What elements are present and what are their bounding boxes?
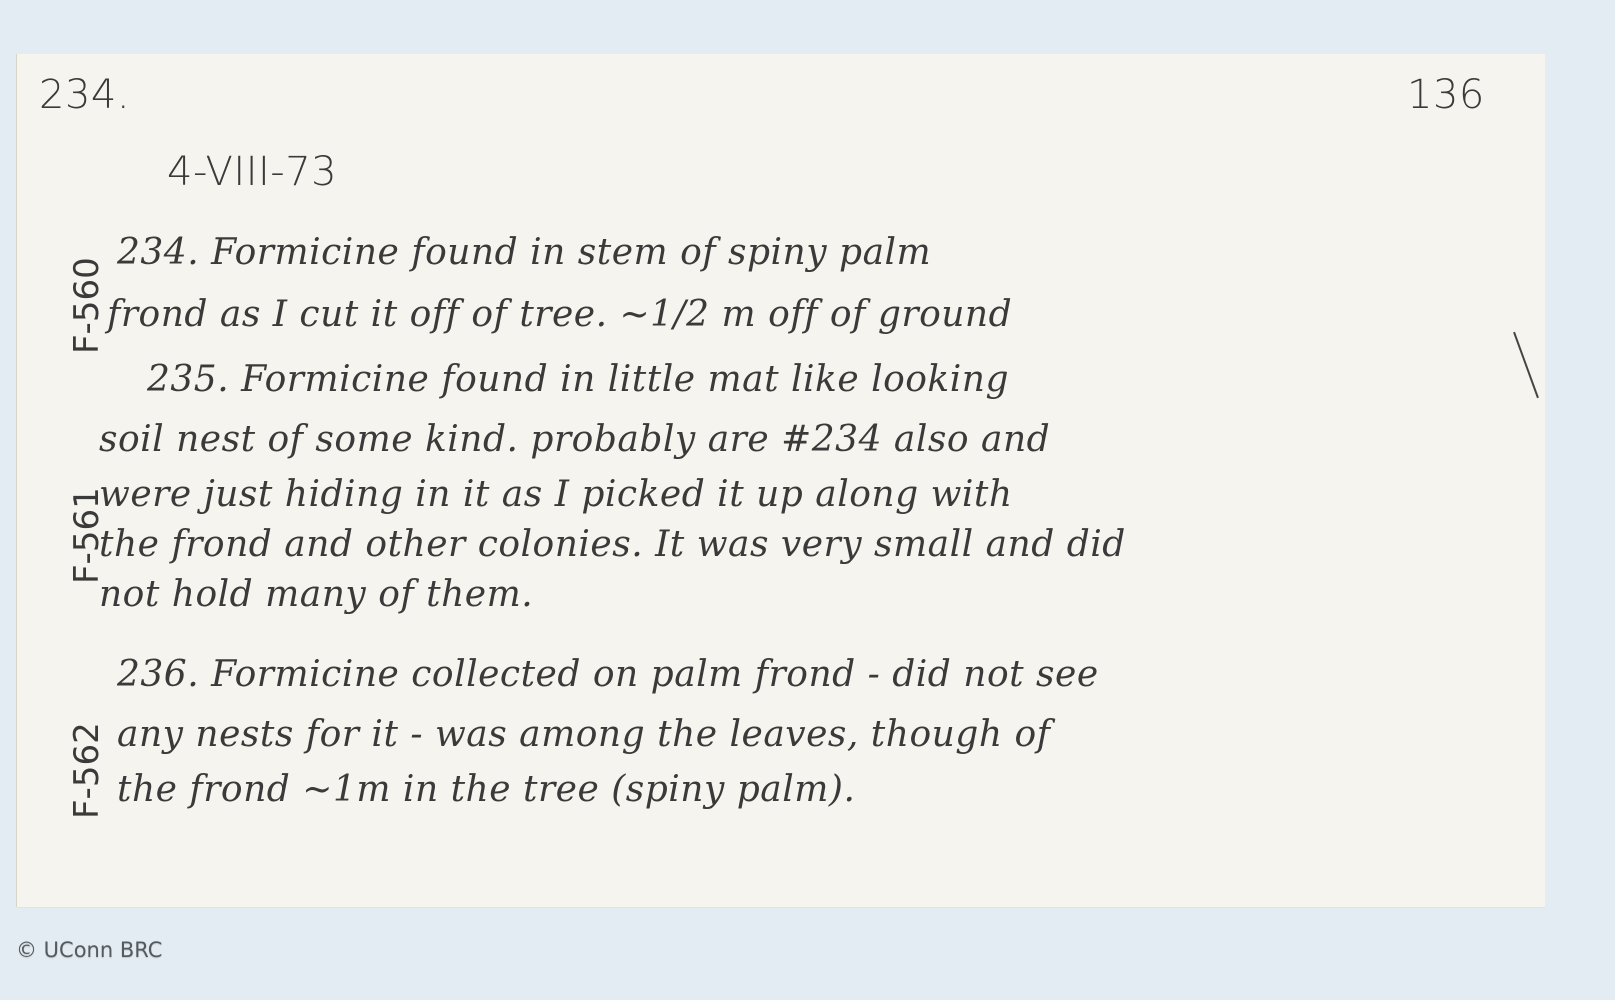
page-number: 136 — [1407, 72, 1485, 118]
entry-line: 234. Formicine found in stem of spiny pa… — [117, 232, 931, 273]
entry-line: frond as I cut it off of tree. ~1/2 m of… — [107, 294, 1012, 335]
entry-line: soil nest of some kind. probably are #23… — [99, 419, 1050, 460]
copyright-credit: © UConn BRC — [16, 938, 162, 962]
margin-note-f562: F-562 — [67, 722, 107, 819]
record-number: 234. — [39, 72, 130, 118]
entry-line: the frond ~1m in the tree (spiny palm). — [117, 769, 855, 810]
field-note-card: 234. 136 4-VIII-73 F-560 F-561 F-562 234… — [17, 54, 1545, 907]
entry-line: not hold many of them. — [99, 574, 533, 615]
entry-line: any nests for it - was among the leaves,… — [117, 714, 1050, 755]
entry-line: 235. Formicine found in little mat like … — [147, 359, 1009, 400]
collection-date: 4-VIII-73 — [167, 149, 337, 195]
margin-note-f560: F-560 — [67, 257, 107, 354]
entry-line: were just hiding in it as I picked it up… — [99, 474, 1013, 515]
bracket-mark — [1513, 332, 1539, 398]
entry-line: 236. Formicine collected on palm frond -… — [117, 654, 1099, 695]
entry-line: the frond and other colonies. It was ver… — [99, 524, 1126, 565]
